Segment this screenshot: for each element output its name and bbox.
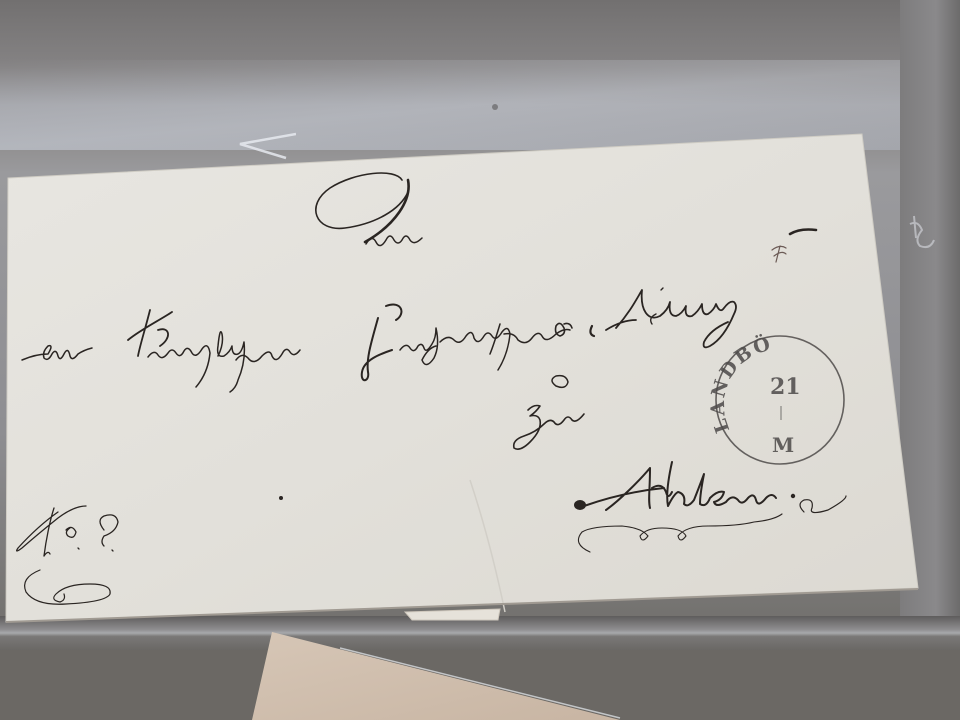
photo-scene: LANDBÖ 21 M (0, 0, 960, 720)
ink-spots (0, 0, 960, 720)
